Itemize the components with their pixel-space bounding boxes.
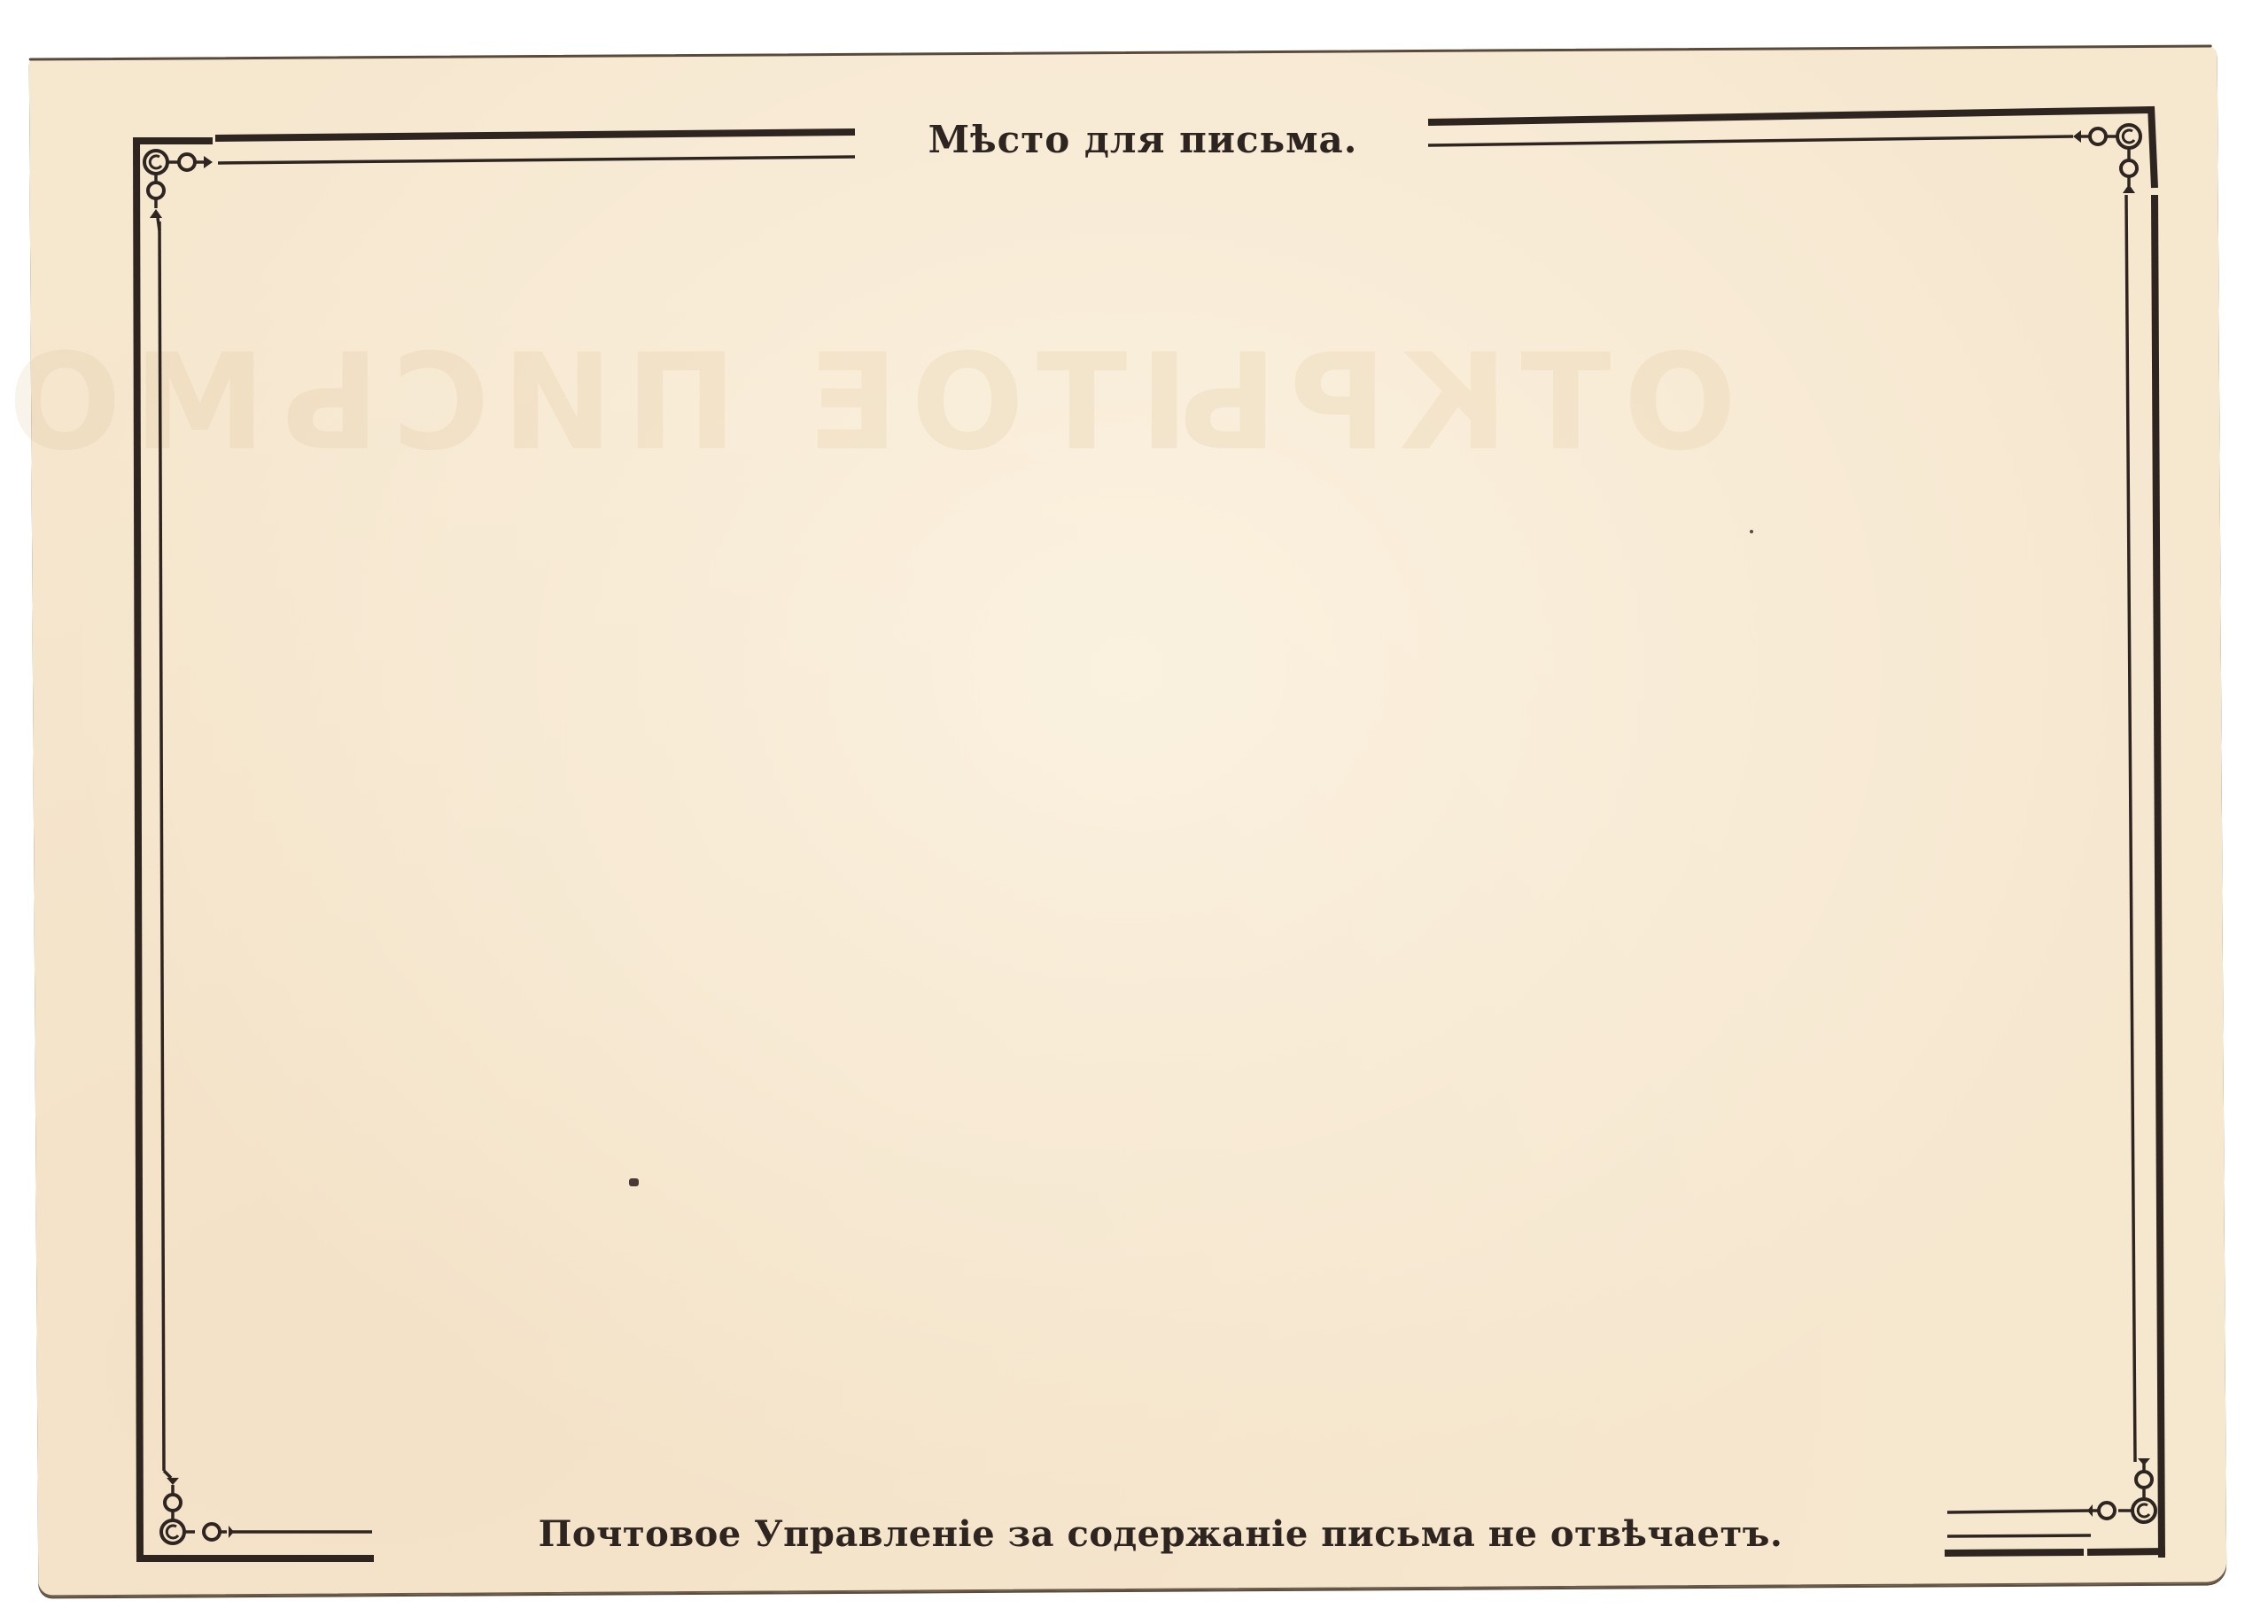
corner-ornament-top-left	[144, 151, 213, 230]
postal-disclaimer: Почтовое Управленіе за содержаніе письма…	[381, 1508, 1940, 1561]
corner-ornament-bottom-right	[1947, 1458, 2155, 1522]
corner-ornament-top-right	[2073, 125, 2140, 193]
corner-ornament-bottom-left	[161, 1471, 234, 1543]
letter-space-heading: Мѣсто для письма.	[886, 113, 1400, 167]
ink-speck	[629, 1178, 639, 1186]
inner-frame	[159, 136, 2135, 1536]
ornamental-frame	[0, 0, 2268, 1624]
ink-speck-small	[1750, 530, 1753, 533]
outer-frame	[133, 106, 2165, 1561]
